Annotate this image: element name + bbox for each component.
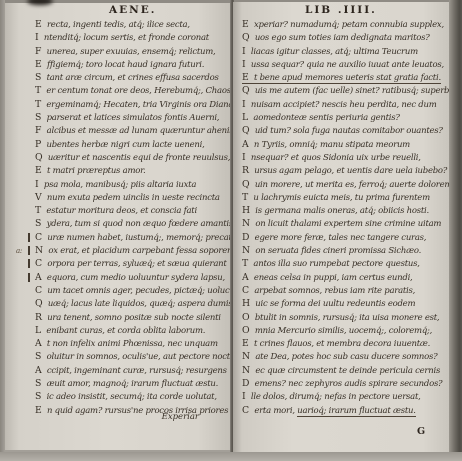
verse-line: E xperiar? numadumq́; petam connubia sup… <box>242 18 445 31</box>
verse-line: T ergeminamq́; Hecaten, tria Virginis or… <box>35 98 231 111</box>
verse-initial: E <box>242 19 249 30</box>
verse-line: F unerea, super exuuias, ensemq́; relict… <box>35 45 231 58</box>
verse-initial: T <box>35 85 41 96</box>
scan-edge-right <box>449 0 462 461</box>
verse-initial: N <box>242 218 250 229</box>
verse-line: O mnia Mercurio similis, uocemq́;, color… <box>242 324 445 337</box>
verse-line: Q uæq́; lacus late liquidos, quæq́; aspe… <box>35 297 231 310</box>
verse-initial: H <box>242 205 250 216</box>
verse-line: I nsequar? et quos Sidonia uix urbe reue… <box>242 151 445 164</box>
verse-initial: I <box>242 46 245 57</box>
verse-line: L enibant curas, et corda oblita laborum… <box>35 324 231 337</box>
verse-line: C erta mori, uarioq́; irarum fluctuat æs… <box>242 404 445 417</box>
verse-initial: Q <box>242 125 249 136</box>
verse-line: C um tacet omnis ager, pecudes, pictæq́;… <box>35 284 231 297</box>
verse-initial: F <box>35 125 41 136</box>
verse-initial: S <box>35 351 41 362</box>
verse-line: R ura tenent, somno positæ sub nocte sil… <box>35 311 231 324</box>
verse-line: C uræ numen habet, iustumq́;, memorq́; p… <box>35 231 231 244</box>
margin-pen-note: a: <box>16 245 28 255</box>
verse-initial: Q <box>242 179 249 190</box>
verse-line: R ursus agam pelago, et uentis dare uela… <box>242 164 445 177</box>
verse-initial: I <box>242 391 245 402</box>
verse-initial: E <box>35 165 42 176</box>
verse-initial: A <box>35 338 41 349</box>
verse-line: C orpora per terras, syluæq́; et sæua qu… <box>35 257 231 270</box>
verse-initial: S <box>35 72 41 83</box>
verse-line: H is germana malis oneras, atq́; obiicis… <box>242 204 445 217</box>
verse-line: T estatur moritura deos, et conscia fati <box>35 204 231 217</box>
verse-initial: T <box>242 258 248 269</box>
verse-initial: E <box>242 338 249 349</box>
verse-initial: C <box>242 285 249 296</box>
verse-initial: T <box>242 192 248 203</box>
verse-column-left: E recta, ingenti tedis, atq́; ilice sect… <box>35 18 231 417</box>
verse-line: Q uos ego sum toties iam dedignata marit… <box>242 31 445 44</box>
verse-line: S ydera, tum si quod non æquo fœdere ama… <box>35 217 231 230</box>
margin-mark <box>28 246 30 255</box>
margin-mark <box>28 273 30 282</box>
verse-initial: T <box>35 205 41 216</box>
verse-line: N on seruata fides cineri promissa Sichæ… <box>242 244 445 257</box>
verse-initial: P <box>35 139 41 150</box>
verse-line: O btulit in somnis, rursusq́; ita uisa m… <box>242 311 445 324</box>
verse-line: C arpebat somnos, rebus iam rite paratis… <box>242 284 445 297</box>
verse-initial: H <box>242 298 250 309</box>
verse-line: Q uin morere, ut merita es, ferroq́; aue… <box>242 178 445 191</box>
verse-line: E ffigiemq́; toro locat haud ignara futu… <box>35 58 231 71</box>
verse-initial: A <box>35 365 41 376</box>
verse-line: E t bene apud memores ueteris stat grati… <box>242 71 445 84</box>
verse-line: N on licuit thalami expertem sine crimin… <box>242 217 445 230</box>
verse-line: D egere more feræ, tales nec tangere cur… <box>242 231 445 244</box>
verse-line: E t crines flauos, et membra decora iuue… <box>242 337 445 350</box>
ink-underline: uarioq́; irarum fluctuat æstu. <box>297 406 415 417</box>
verse-line: E t matri præreptus amor. <box>35 164 231 177</box>
verse-line: A eneas celsa in puppi, iam certus eundi… <box>242 271 445 284</box>
verse-line: T antos illa suo rumpebat pectore questu… <box>242 257 445 270</box>
verse-initial: I <box>35 179 38 190</box>
verse-initial: O <box>242 312 249 323</box>
verse-initial: E <box>35 19 42 30</box>
verse-initial: A <box>242 139 248 150</box>
verse-line: S æuit amor, magnoq́; irarum fluctuat æs… <box>35 377 231 390</box>
verse-line: I ussa sequar? quia ne auxilio iuuat ant… <box>242 58 445 71</box>
verse-initial: Q <box>35 298 42 309</box>
verse-initial: F <box>35 46 41 57</box>
verse-line: Q uis me autem (fac uelle) sinet? ratibu… <box>242 84 445 97</box>
verse-initial: L <box>242 112 248 123</box>
verse-initial: I <box>242 99 245 110</box>
catchword: Experiar <box>162 412 199 422</box>
verse-initial: N <box>242 365 250 376</box>
verse-initial: L <box>35 325 41 336</box>
verse-line: Q uæritur et nascentis equi de fronte re… <box>35 151 231 164</box>
verse-line: I nuisam accipiet? nescis heu perdita, n… <box>242 98 445 111</box>
verse-initial: E <box>35 59 42 70</box>
verse-line: A n Tyriis, omniq́; manu stipata meorum <box>242 138 445 151</box>
verse-line: a:N ox erat, et placidum carpebant fessa… <box>35 244 231 257</box>
verse-initial: A <box>242 272 248 283</box>
verse-initial: C <box>35 285 42 296</box>
running-header-left: AENE. <box>109 4 156 16</box>
verse-line: I psa mola, manibusq́; piis altaria iuxt… <box>35 178 231 191</box>
verse-initial: S <box>35 391 41 402</box>
verse-line: E n quid agam? rursus'ne procos irrisa p… <box>35 404 231 417</box>
verse-initial: D <box>242 232 249 243</box>
margin-mark <box>28 233 30 242</box>
verse-initial: N <box>242 351 250 362</box>
verse-initial: N <box>35 245 43 256</box>
verse-initial: R <box>35 312 42 323</box>
verse-line: I liacas igitur classes, atq́; ultima Te… <box>242 45 445 58</box>
verse-column-right: E xperiar? numadumq́; petam connubia sup… <box>242 18 445 417</box>
verse-initial: S <box>35 218 41 229</box>
verse-initial: C <box>242 405 249 416</box>
signature-mark: G <box>417 426 425 437</box>
book-scan: AENE. E recta, ingenti tedis, atq́; ilic… <box>0 0 462 461</box>
verse-initial: I <box>242 59 245 70</box>
verse-initial: V <box>35 192 41 203</box>
verse-line: S oluitur in somnos, oculis'ue, aut pect… <box>35 350 231 363</box>
verse-initial: C <box>35 232 42 243</box>
verse-initial: Q <box>35 152 42 163</box>
verse-line: T u lachrymis euicta meis, tu prima fure… <box>242 191 445 204</box>
verse-line: A equora, cum medio uoluuntur sydera lap… <box>35 271 231 284</box>
verse-line: I ntenditq́; locum sertis, et fronde cor… <box>35 31 231 44</box>
verse-initial: I <box>242 152 245 163</box>
verse-line: A ccipit, ingeminant curæ, rursusq́; res… <box>35 364 231 377</box>
verse-line: S ic adeo insistit, secumq́; ita corde u… <box>35 390 231 403</box>
verse-initial: E <box>35 405 42 416</box>
verse-line: S parserat et latices simulatos fontis A… <box>35 111 231 124</box>
verse-line: H uic se forma dei uultu redeuntis eodem <box>242 297 445 310</box>
verse-line: P ubentes herbæ nigri cum lacte ueneni, <box>35 138 231 151</box>
page-left: AENE. E recta, ingenti tedis, atq́; ilic… <box>5 3 232 450</box>
page-right: LIB .IIII. E xperiar? numadumq́; petam c… <box>233 2 449 452</box>
scan-edge-bottom <box>0 452 462 461</box>
verse-line: N ate Dea, potes hoc sub casu ducere som… <box>242 350 445 363</box>
verse-line: L aomedonteæ sentis periuria gentis? <box>242 111 445 124</box>
verse-initial: T <box>35 99 41 110</box>
verse-initial: A <box>35 272 41 283</box>
verse-initial: D <box>242 378 249 389</box>
verse-line: E recta, ingenti tedis, atq́; ilice sect… <box>35 18 231 31</box>
verse-initial: N <box>242 245 250 256</box>
running-header-right: LIB .IIII. <box>305 4 377 16</box>
verse-line: F alcibus et messæ ad lunam quæruntur ah… <box>35 124 231 137</box>
verse-initial: Q <box>242 32 249 43</box>
verse-line: Q uid tum? sola fuga nautas comitabor ou… <box>242 124 445 137</box>
verse-line: A t non infelix animi Phœnissa, nec unqu… <box>35 337 231 350</box>
ink-underline: E t bene apud memores ueteris stat grati… <box>242 73 441 84</box>
verse-line: T er centum tonat ore deos, Herebumq́;, … <box>35 84 231 97</box>
verse-line: V num exuta pedem uinclis in ueste recin… <box>35 191 231 204</box>
verse-initial: S <box>35 378 41 389</box>
verse-line: N ec quæ circumstent te deinde pericula … <box>242 364 445 377</box>
verse-initial: C <box>35 258 42 269</box>
verse-line: D emens? nec zephyros audis spirare secu… <box>242 377 445 390</box>
verse-initial: O <box>242 325 249 336</box>
verse-initial: I <box>35 32 38 43</box>
verse-initial: E <box>242 72 249 83</box>
verse-initial: Q <box>242 85 249 96</box>
verse-initial: S <box>35 112 41 123</box>
margin-mark <box>28 259 30 268</box>
verse-initial: R <box>242 165 249 176</box>
verse-line: S tant aræ circum, et crines effusa sace… <box>35 71 231 84</box>
verse-line: I lle dolos, dirumq́; nefas in pectore u… <box>242 390 445 403</box>
